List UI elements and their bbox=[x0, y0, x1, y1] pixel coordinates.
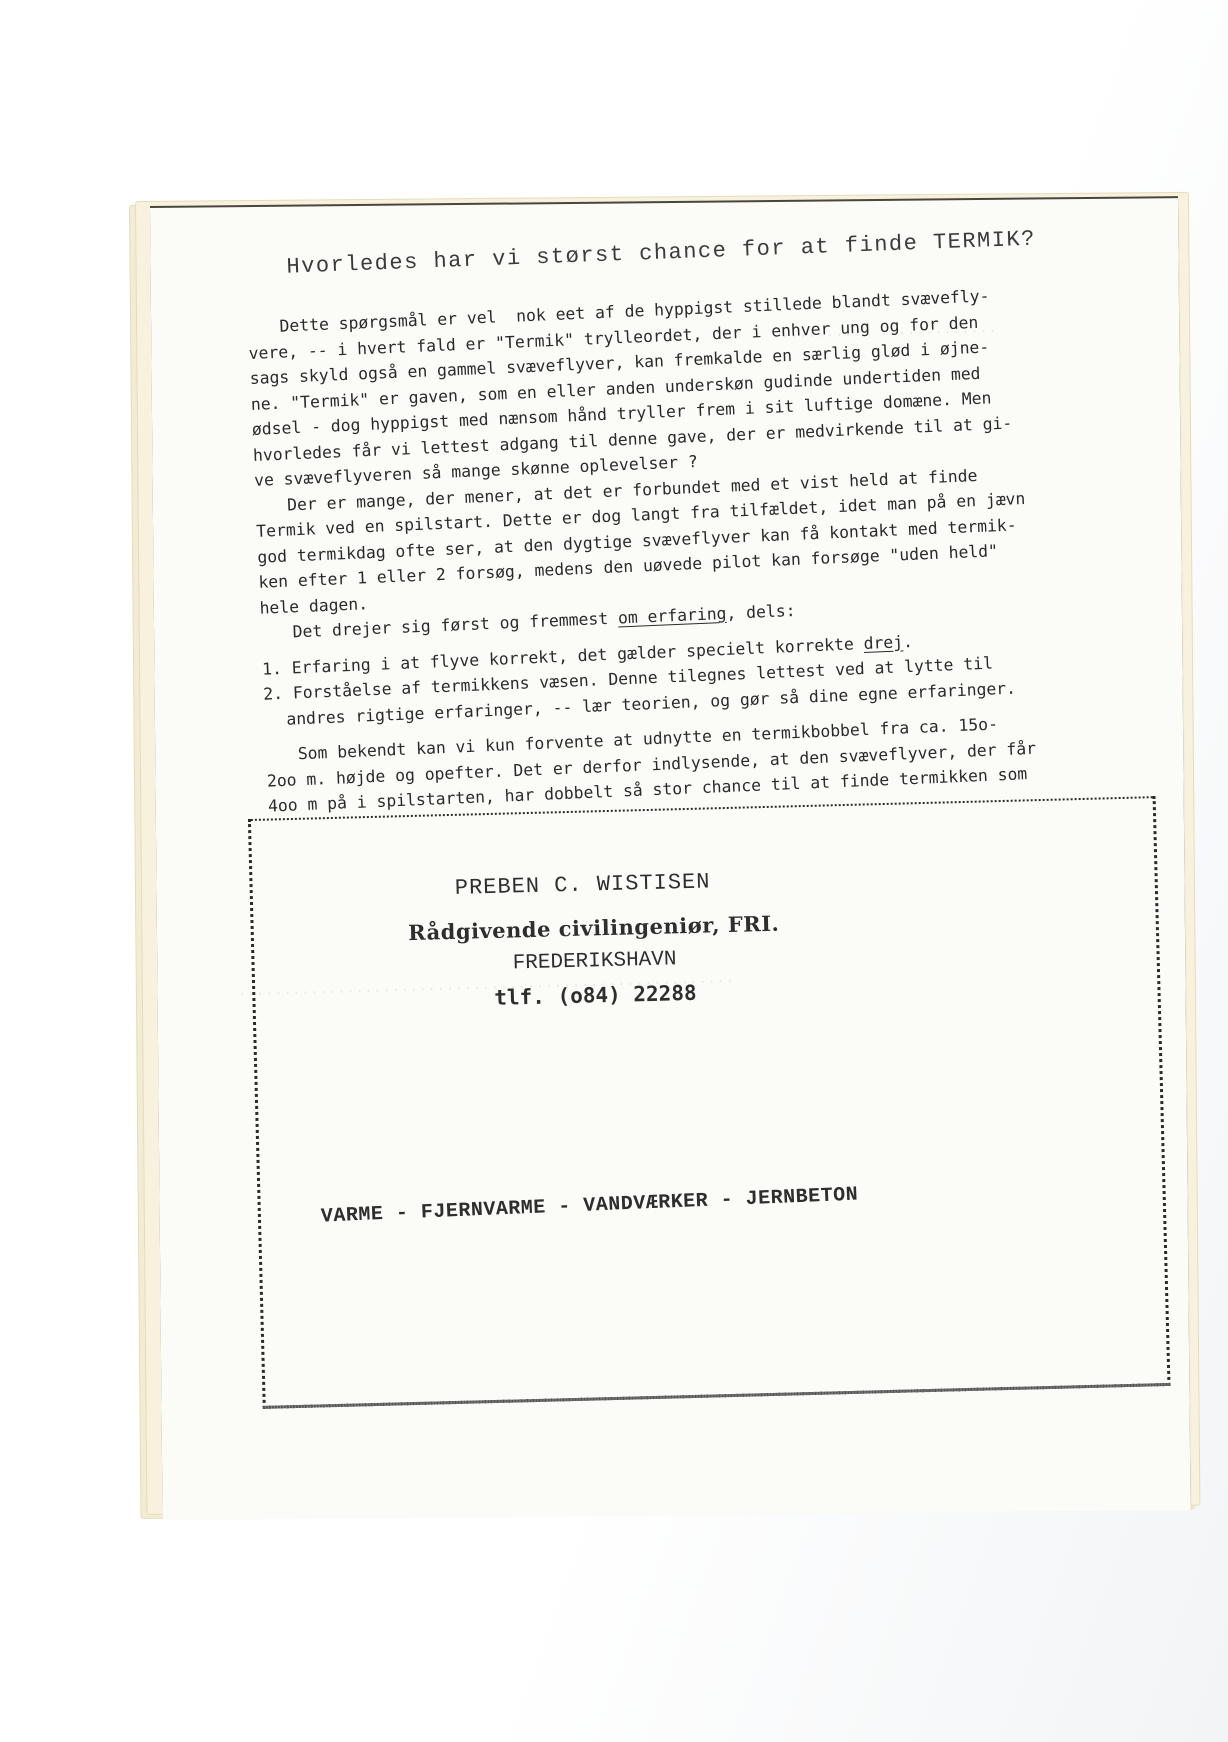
advertiser-name: PREBEN C. WISTISEN bbox=[372, 867, 792, 903]
article-body: Dette spørgsmål er vel nok eet af de hyp… bbox=[247, 280, 1098, 820]
underlined-text: om erfaring bbox=[618, 604, 727, 628]
text-span: . bbox=[903, 631, 914, 650]
advertisement-box: PREBEN C. WISTISEN Rådgivende civilingen… bbox=[248, 796, 1171, 1409]
list-number: 1. bbox=[262, 658, 283, 678]
text-span: , dels: bbox=[726, 601, 796, 623]
advertisement-contact: PREBEN C. WISTISEN Rådgivende civilingen… bbox=[372, 867, 795, 1013]
advertiser-title: Rådgivende civilingeniør, FRI. bbox=[334, 909, 854, 947]
document-page: ............. .......... ...............… bbox=[150, 198, 1191, 1520]
advertiser-city: FREDERIKSHAVN bbox=[394, 945, 794, 978]
underlined-text: drej bbox=[863, 632, 903, 653]
advertiser-phone: tlf. (o84) 22288 bbox=[395, 978, 795, 1012]
article-title: Hvorledes har vi størst chance for at fi… bbox=[286, 227, 1036, 280]
list-number: 2. bbox=[263, 684, 284, 704]
advertiser-services: VARME - FJERNVARME - VANDVÆRKER - JERNBE… bbox=[321, 1184, 859, 1229]
